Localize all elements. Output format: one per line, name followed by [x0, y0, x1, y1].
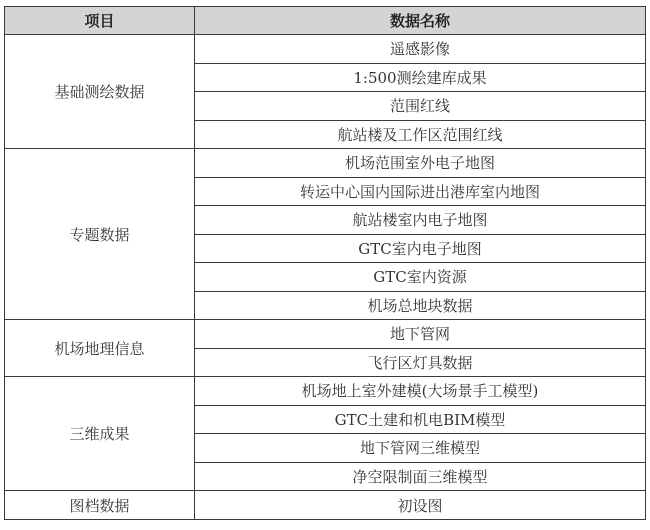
- data-name-cell: 遥感影像: [195, 35, 646, 64]
- category-cell: 机场地理信息: [5, 320, 195, 377]
- header-category: 项目: [5, 7, 195, 35]
- data-name-cell: 机场范围室外电子地图: [195, 149, 646, 178]
- data-name-cell: 转运中心国内国际进出港库室内地图: [195, 177, 646, 206]
- category-cell: 专题数据: [5, 149, 195, 320]
- data-name-cell: 机场地上室外建模(大场景手工模型): [195, 377, 646, 406]
- data-name-cell: 地下管网三维模型: [195, 434, 646, 463]
- data-name-cell: 机场总地块数据: [195, 291, 646, 320]
- data-name-cell: 1:500测绘建库成果: [195, 63, 646, 92]
- data-name-cell: 地下管网: [195, 320, 646, 349]
- data-name-cell: GTC室内电子地图: [195, 234, 646, 263]
- data-name-cell: GTC室内资源: [195, 263, 646, 292]
- data-name-cell: 航站楼及工作区范围红线: [195, 120, 646, 149]
- table-row: 三维成果 机场地上室外建模(大场景手工模型): [5, 377, 646, 406]
- data-catalog-table: 项目 数据名称 基础测绘数据 遥感影像 1:500测绘建库成果 范围红线 航站楼…: [4, 6, 646, 520]
- table-row: 专题数据 机场范围室外电子地图: [5, 149, 646, 178]
- table-row: 基础测绘数据 遥感影像: [5, 35, 646, 64]
- data-name-cell: GTC土建和机电BIM模型: [195, 405, 646, 434]
- header-data-name: 数据名称: [195, 7, 646, 35]
- category-cell: 图档数据: [5, 491, 195, 520]
- data-name-cell: 范围红线: [195, 92, 646, 121]
- data-name-cell: 航站楼室内电子地图: [195, 206, 646, 235]
- category-cell: 基础测绘数据: [5, 35, 195, 149]
- table-row: 图档数据 初设图: [5, 491, 646, 520]
- header-row: 项目 数据名称: [5, 7, 646, 35]
- category-cell: 三维成果: [5, 377, 195, 491]
- data-name-cell: 净空限制面三维模型: [195, 462, 646, 491]
- data-name-cell: 飞行区灯具数据: [195, 348, 646, 377]
- data-name-cell: 初设图: [195, 491, 646, 520]
- table-row: 机场地理信息 地下管网: [5, 320, 646, 349]
